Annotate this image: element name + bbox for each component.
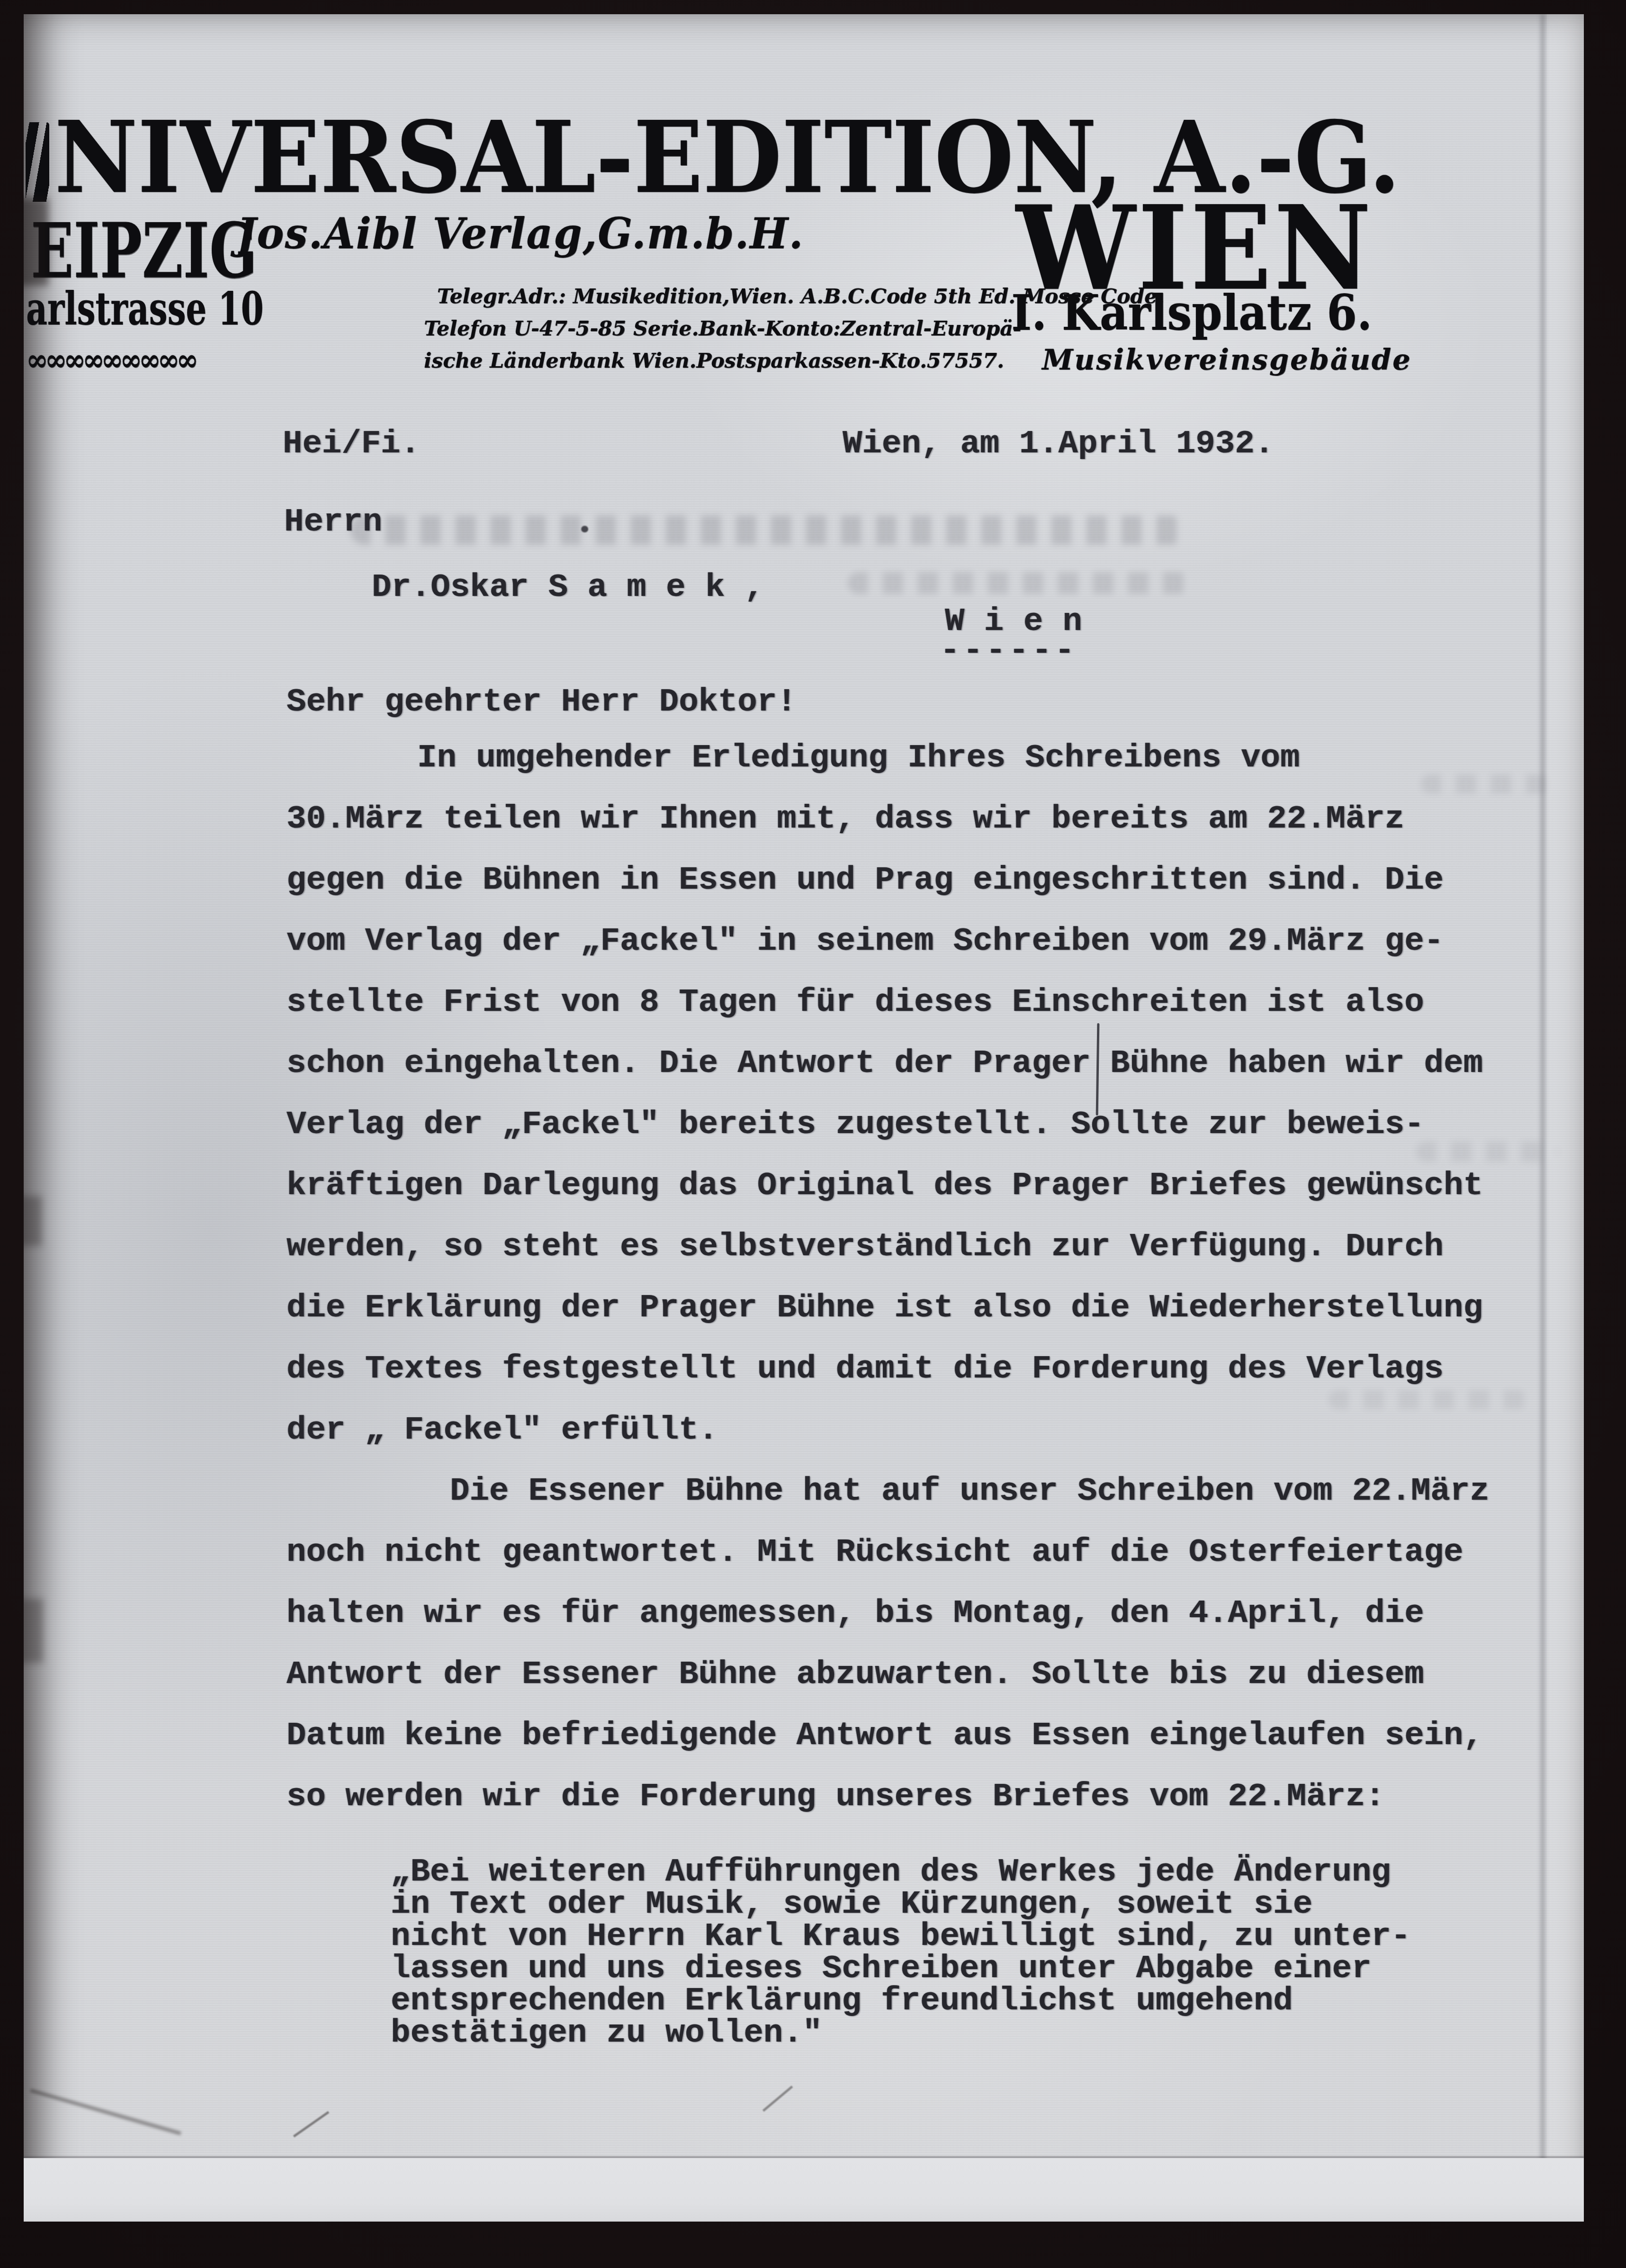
letterhead-city-leipzig: EIPZIG: [31, 213, 257, 289]
letter-line: vom Verlag der „Fackel" in seinem Schrei…: [287, 925, 1444, 958]
bleedthrough-smudge: [1329, 1390, 1527, 1409]
letter-document: NIVERSAL-EDITION, A.-G. EIPZIG arlstrass…: [24, 14, 1584, 2222]
letterhead-building: Musikvereinsgebäude: [1042, 346, 1412, 374]
photo-background: NIVERSAL-EDITION, A.-G. EIPZIG arlstrass…: [0, 0, 1626, 2268]
letter-line: kräftigen Darlegung das Original des Pra…: [287, 1170, 1483, 1202]
letter-line: werden, so steht es selbstverständlich z…: [287, 1231, 1444, 1263]
bleedthrough-smudge: [350, 515, 1184, 545]
quote-line: bestätigen zu wollen.": [391, 2017, 822, 2050]
paper-edge-strip: [1547, 14, 1584, 2222]
clipped-letter-stroke: [26, 122, 49, 202]
letter-line: des Textes festgestellt und damit die Fo…: [287, 1353, 1444, 1386]
ornament-squiggle: ∞∞∞∞∞∞∞∞∞: [26, 345, 195, 375]
edge-streak: [24, 1599, 43, 1663]
quote-line: lassen und uns dieses Schreiben unter Ab…: [391, 1953, 1371, 1985]
letter-line: so werden wir die Forderung unseres Brie…: [287, 1781, 1385, 1813]
letter-line: noch nicht geantwortet. Mit Rücksicht au…: [287, 1536, 1463, 1569]
crease-mark: [763, 2086, 793, 2112]
letter-line: 30.März teilen wir Ihnen mit, dass wir b…: [287, 803, 1404, 836]
bleedthrough-smudge: [848, 572, 1189, 594]
letterhead-street-leipzig: arlstrasse 10: [26, 286, 264, 332]
subsidiary-name: Jos.Aibl Verlag,G.m.b.H.: [237, 212, 804, 255]
reference-code: Hei/Fi.: [283, 428, 420, 460]
greeting-line: Sehr geehrter Herr Doktor!: [287, 686, 797, 719]
letter-line: halten wir es für angemessen, bis Montag…: [287, 1597, 1424, 1630]
vertical-crease: [1538, 14, 1547, 2160]
letter-line: die Erklärung der Prager Bühne ist also …: [287, 1292, 1483, 1324]
letter-line: In umgehender Erledigung Ihres Schreiben…: [417, 742, 1300, 774]
letter-line: gegen die Bühnen in Essen und Prag einge…: [287, 864, 1444, 897]
letter-line: schon eingehalten. Die Antwort der Prage…: [287, 1047, 1483, 1080]
quote-line: entsprechenden Erklärung freundlichst um…: [391, 1985, 1293, 2017]
letter-line: Antwort der Essener Bühne abzuwarten. So…: [287, 1658, 1424, 1691]
quote-line: in Text oder Musik, sowie Kürzungen, sow…: [391, 1888, 1312, 1921]
fold-strip: [24, 2158, 1584, 2222]
bleedthrough-smudge: [1416, 1142, 1558, 1161]
quote-line: „Bei weiteren Aufführungen des Werkes je…: [391, 1856, 1391, 1889]
edge-streak: [24, 198, 48, 286]
letter-line: Verlag der „Fackel" bereits zugestellt. …: [287, 1108, 1424, 1141]
letter-line: stellte Frist von 8 Tagen für dieses Ein…: [287, 986, 1424, 1019]
bleedthrough-smudge: [1421, 774, 1549, 793]
edge-streak: [24, 1196, 42, 1246]
letter-line: Datum keine befriedigende Antwort aus Es…: [287, 1719, 1483, 1752]
letter-line: Die Essener Bühne hat auf unser Schreibe…: [450, 1475, 1490, 1508]
letterhead-address-wien: I. Karlsplatz 6.: [1011, 289, 1372, 337]
recipient-name: Dr.Oskar S a m e k ,: [372, 571, 764, 604]
crease-mark: [30, 2089, 181, 2135]
dateline: Wien, am 1.April 1932.: [843, 428, 1274, 460]
letter-line: der „ Fackel" erfüllt.: [287, 1414, 718, 1447]
quote-line: nicht von Herrn Karl Kraus bewilligt sin…: [391, 1920, 1410, 1953]
crease-mark: [293, 2111, 330, 2138]
recipient-city-underline: ------: [940, 635, 1078, 667]
